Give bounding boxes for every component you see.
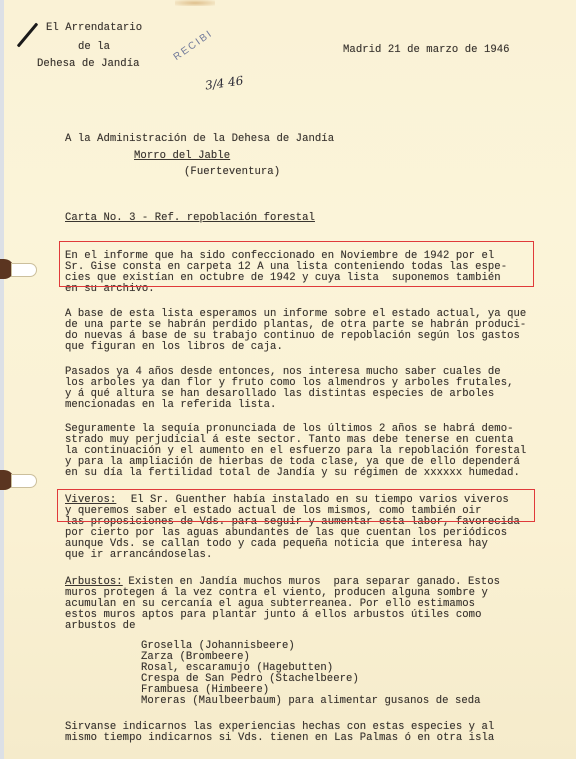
recipient-line-1: A la Administración de la Dehesa de Jand… — [65, 134, 334, 145]
sender-line-2: de la — [78, 42, 110, 53]
letter-date: Madrid 21 de marzo de 1946 — [343, 45, 510, 56]
pen-mark — [17, 23, 39, 48]
p4-line: en su día la fertilidad total de Jandía … — [65, 468, 520, 479]
sender-line-1: El Arrendatario — [46, 23, 142, 34]
binding-hole-bottom — [0, 470, 38, 490]
binding-hole-top — [0, 259, 38, 279]
p2-line: que figuran en los libros de caja. — [65, 342, 283, 353]
p5-line: que ir arrancándoselas. — [65, 550, 212, 561]
p7-line: mismo tiempo indicarnos si Vds. tienen e… — [65, 733, 494, 744]
letter-subject: Carta No. 3 - Ref. repoblación forestal — [65, 213, 315, 224]
shrub-item: Moreras (Maulbeerbaum) para alimentar gu… — [141, 696, 481, 707]
highlight-box-viveros — [57, 489, 535, 522]
received-stamp: RECIBI — [172, 28, 215, 63]
paper-stain — [175, 0, 215, 6]
p6-line: arbustos de — [65, 621, 135, 632]
highlight-box-informe — [59, 241, 534, 287]
p3-line: mencionadas en la referida lista. — [65, 400, 276, 411]
recipient-line-3: (Fuerteventura) — [184, 167, 280, 178]
recipient-line-2: Morro del Jable — [134, 151, 230, 162]
sender-line-3: Dehesa de Jandía — [37, 59, 140, 70]
document-page: El Arrendatario de la Dehesa de Jandía R… — [0, 0, 576, 759]
handwritten-date: 3/4 46 — [204, 73, 244, 92]
